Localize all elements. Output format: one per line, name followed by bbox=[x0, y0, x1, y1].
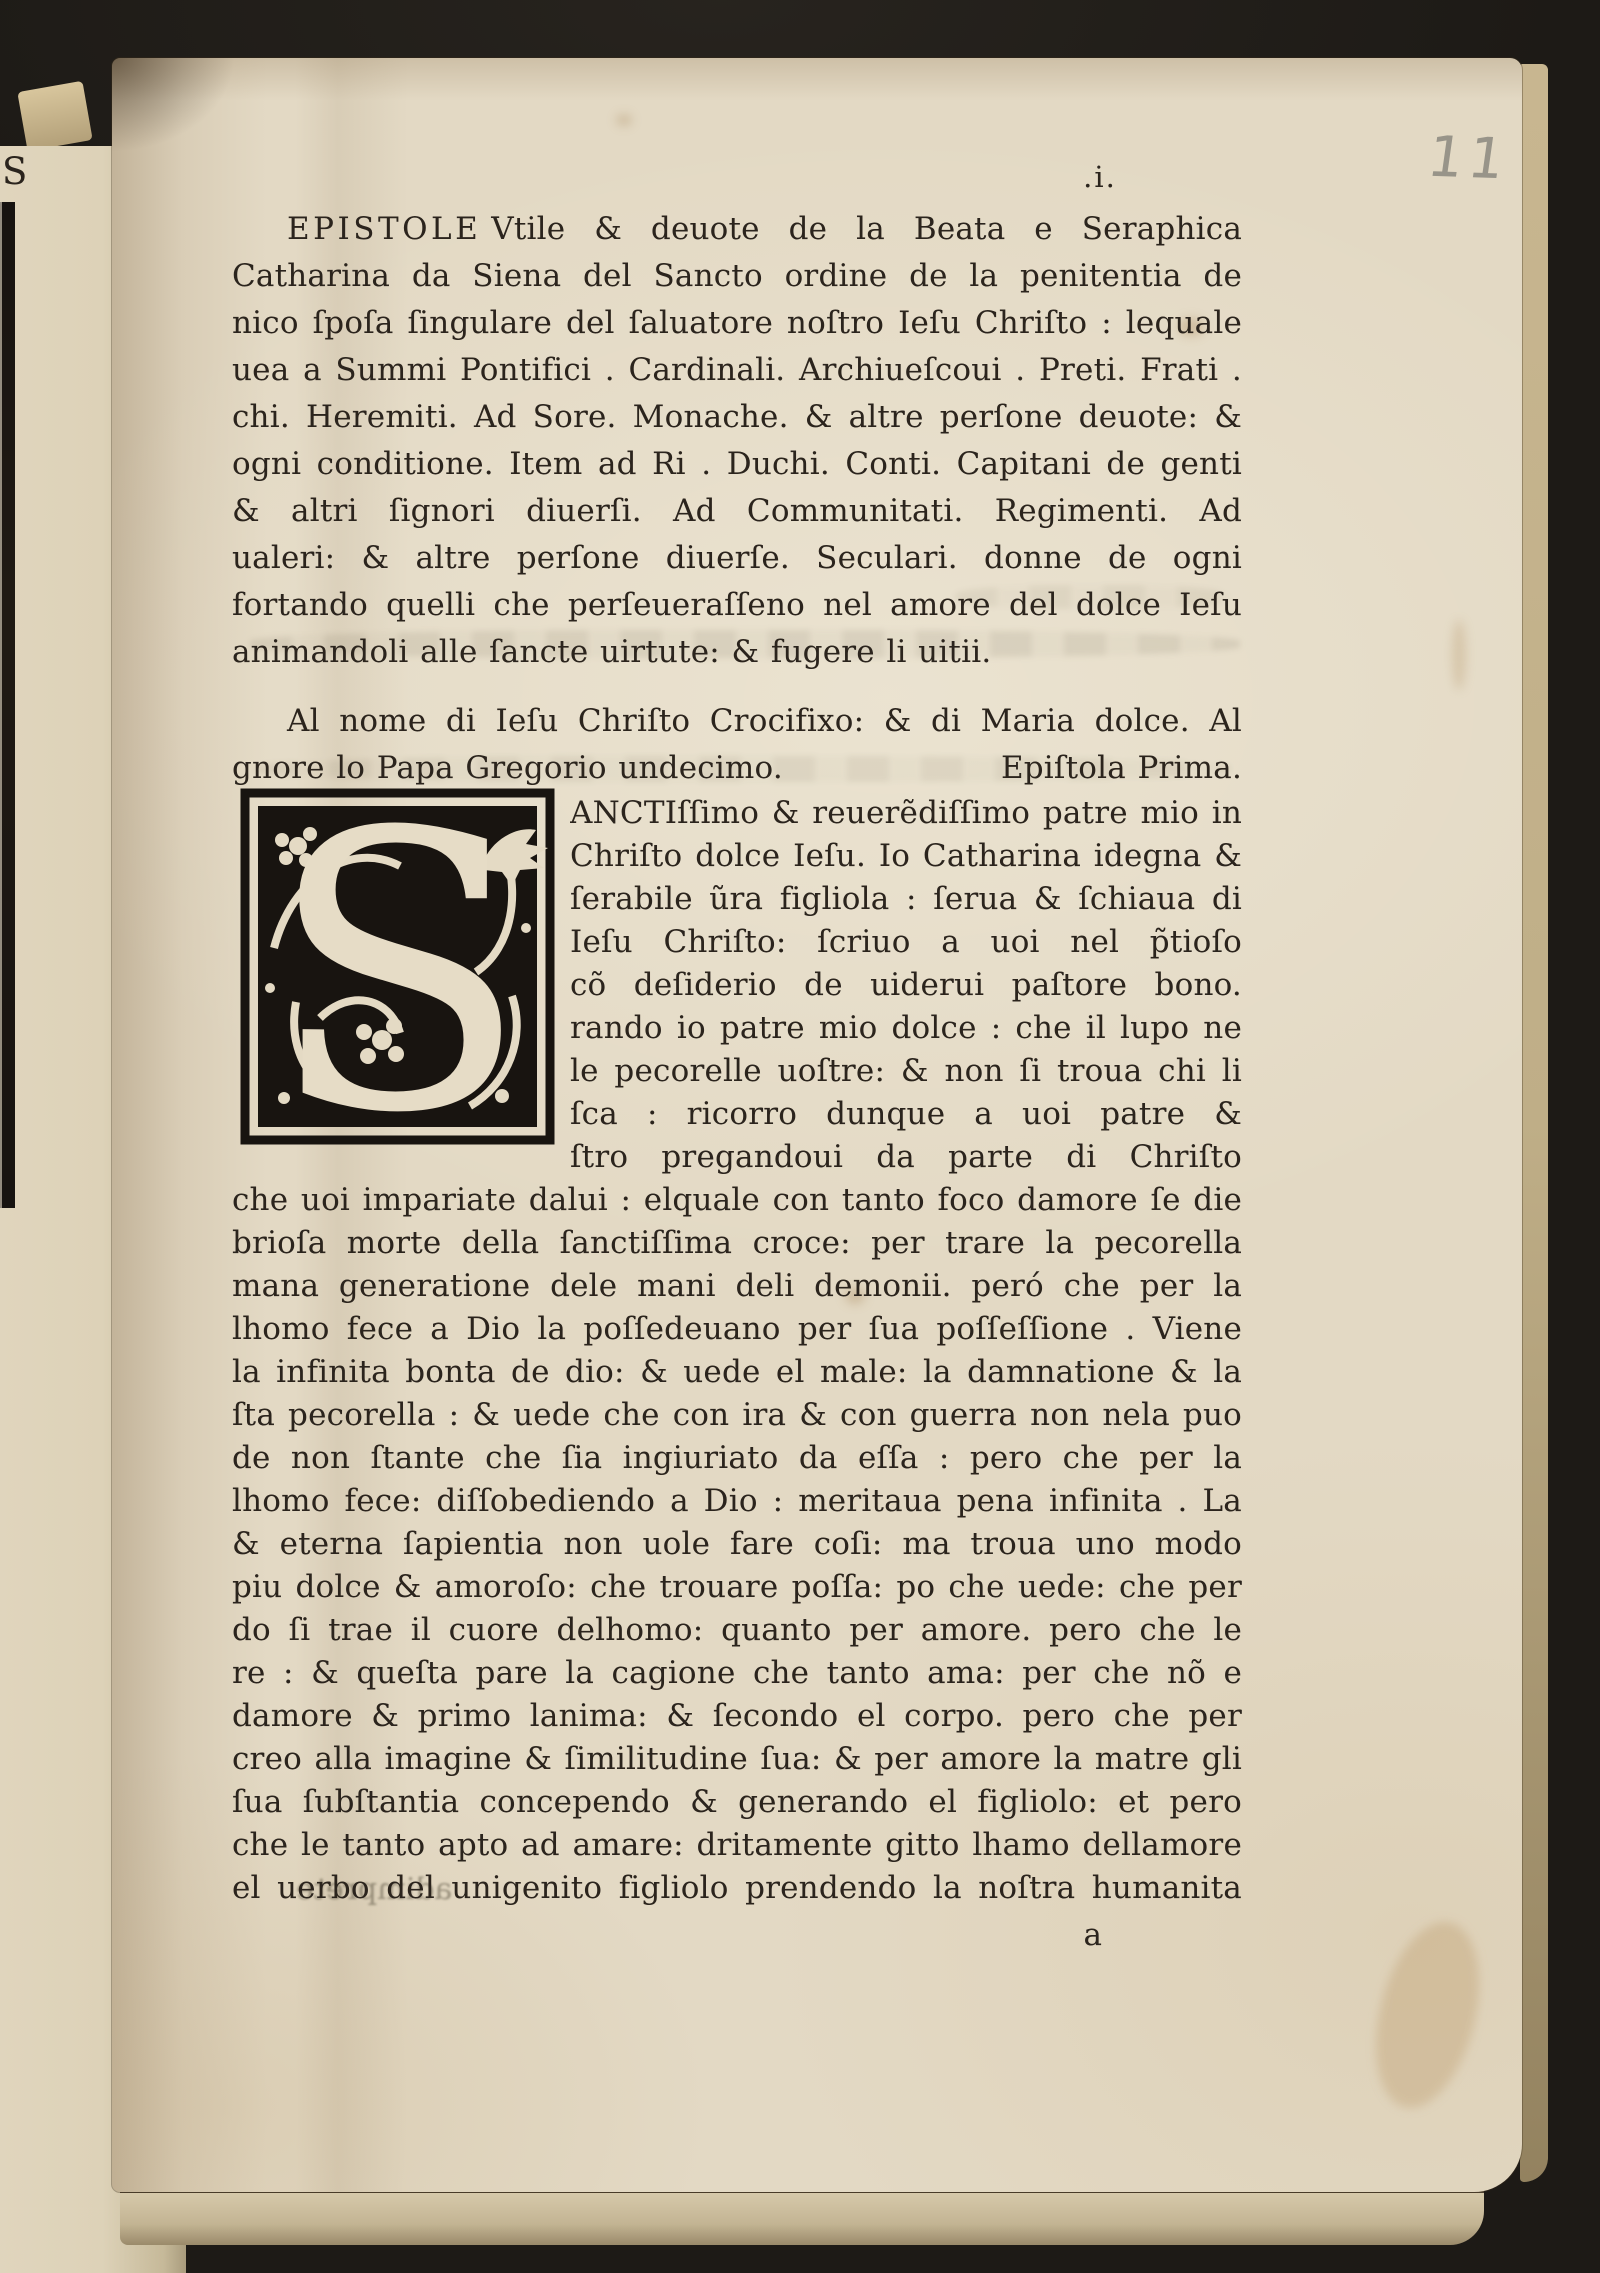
fore-edge-right bbox=[1520, 64, 1548, 2182]
text-line: Ieſu Chriſto: ſcriuo a uoi nel p̃tioſo ſ… bbox=[570, 921, 1242, 964]
page-edges-wedge bbox=[17, 81, 92, 152]
text-line: fortando quelli che perſeueraſſeno nel a… bbox=[232, 582, 1242, 629]
text-line: & eterna ſapientia non uole fare coſi: m… bbox=[232, 1523, 1242, 1566]
text-line: de non ſtante che ſia ingiuriato da eſſa… bbox=[232, 1437, 1242, 1480]
text-line: ſua ſubſtantia concependo & generando el… bbox=[232, 1781, 1242, 1824]
text-line: Chriſto dolce Ieſu. Io Catharina idegna … bbox=[570, 835, 1242, 878]
heading-paragraph: EPISTOLEVtile & deuote de la Beata e Ser… bbox=[232, 206, 1242, 676]
text-line: che uoi impariate dalui : elquale con ta… bbox=[232, 1179, 1242, 1222]
letter-body: ANCTIſſimo & reuerẽdiſſimo patre mio in … bbox=[232, 792, 1242, 1957]
text-line: ſtro pregandoui da parte di Chriſto Croc… bbox=[570, 1136, 1242, 1179]
heading-lead-word: EPISTOLE bbox=[287, 211, 481, 247]
text-line: & altri ſignori diuerſi. Ad Communitati.… bbox=[232, 488, 1242, 535]
salutation: Al nome di Ieſu Chriſto Crocifixo: & di … bbox=[232, 698, 1242, 792]
text-line: nico ſpoſa ſingulare del ſaluatore noſtr… bbox=[232, 300, 1242, 347]
text-line: brioſa morte della ſanctiſſima croce: pe… bbox=[232, 1222, 1242, 1265]
text-line: la infinita bonta de dio: & uede el male… bbox=[232, 1351, 1242, 1394]
text-line: rando io patre mio dolce : che il lupo n… bbox=[570, 1007, 1242, 1050]
text-line: uea a Summi Pontifici . Cardinali. Archi… bbox=[232, 347, 1242, 394]
epistola-prima-label: Epiſtola Prima. bbox=[1001, 745, 1242, 792]
text-line: el uerbo del unigenito figliolo prendend… bbox=[232, 1867, 1242, 1910]
text-line: chi. Heremiti. Ad Sore. Monache. & altre… bbox=[232, 394, 1242, 441]
text-line: lhomo fece: diſſobediendo a Dio : merita… bbox=[232, 1480, 1242, 1523]
photographed-book-page: { "page": { "folio_mark": ".i.", "handwr… bbox=[0, 0, 1600, 2273]
text-line: Catharina da Siena del Sancto ordine de … bbox=[232, 253, 1242, 300]
text-line: animandoli alle ſancte uirtute: & fugere… bbox=[232, 629, 1242, 676]
text-line: le pecorelle uoſtre: & non ſi troua chi … bbox=[570, 1050, 1242, 1093]
text-line: ANCTIſſimo & reuerẽdiſſimo patre mio in bbox=[570, 792, 1242, 835]
facing-page-letter: S bbox=[2, 150, 27, 193]
folio-number: .i. bbox=[1040, 160, 1160, 194]
salutation-left: gnore lo Papa Gregorio undecimo. bbox=[232, 745, 783, 792]
text-line: gnore lo Papa Gregorio undecimo. Epiſtol… bbox=[232, 745, 1242, 792]
text-line: EPISTOLEVtile & deuote de la Beata e Ser… bbox=[232, 206, 1242, 253]
text-line: ſerabile ũra figliola : ſerua & ſchiaua … bbox=[570, 878, 1242, 921]
text-line: Al nome di Ieſu Chriſto Crocifixo: & di … bbox=[232, 698, 1242, 745]
text-line: ſca : ricorro dunque a uoi patre & paſto… bbox=[570, 1093, 1242, 1136]
text-line: ſta pecorella : & uede che con ira & con… bbox=[232, 1394, 1242, 1437]
text-line: mana generatione dele mani deli demonii.… bbox=[232, 1265, 1242, 1308]
facing-page-woodcut-border bbox=[0, 202, 15, 1208]
text-line: cõ deſiderio de uiderui paſtore bono. Co… bbox=[570, 964, 1242, 1007]
foxing-stain bbox=[616, 114, 632, 126]
pencil-page-number: 11 bbox=[1424, 125, 1514, 193]
text-line: lhomo fece a Dio la poſſedeuano per ſua … bbox=[232, 1308, 1242, 1351]
text-line: piu dolce & amoroſo: che trouare poſſa: … bbox=[232, 1566, 1242, 1609]
signature-mark: a bbox=[232, 1914, 1242, 1957]
text-line: creo alla imagine & ſimilitudine ſua: & … bbox=[232, 1738, 1242, 1781]
text-line: damore & primo lanima: & ſecondo el corp… bbox=[232, 1695, 1242, 1738]
foxing-stain bbox=[1452, 620, 1466, 690]
text-line: do ſi trae il cuore delhomo: quanto per … bbox=[232, 1609, 1242, 1652]
text-line: ogni conditione. Item ad Ri . Duchi. Con… bbox=[232, 441, 1242, 488]
under-page-bottom-edge bbox=[120, 2190, 1484, 2245]
text-line: ualeri: & altre perſone diuerſe. Secular… bbox=[232, 535, 1242, 582]
text-line: che le tanto apto ad amare: dritamente g… bbox=[232, 1824, 1242, 1867]
text-line: re : & queſta pare la cagione che tanto … bbox=[232, 1652, 1242, 1695]
